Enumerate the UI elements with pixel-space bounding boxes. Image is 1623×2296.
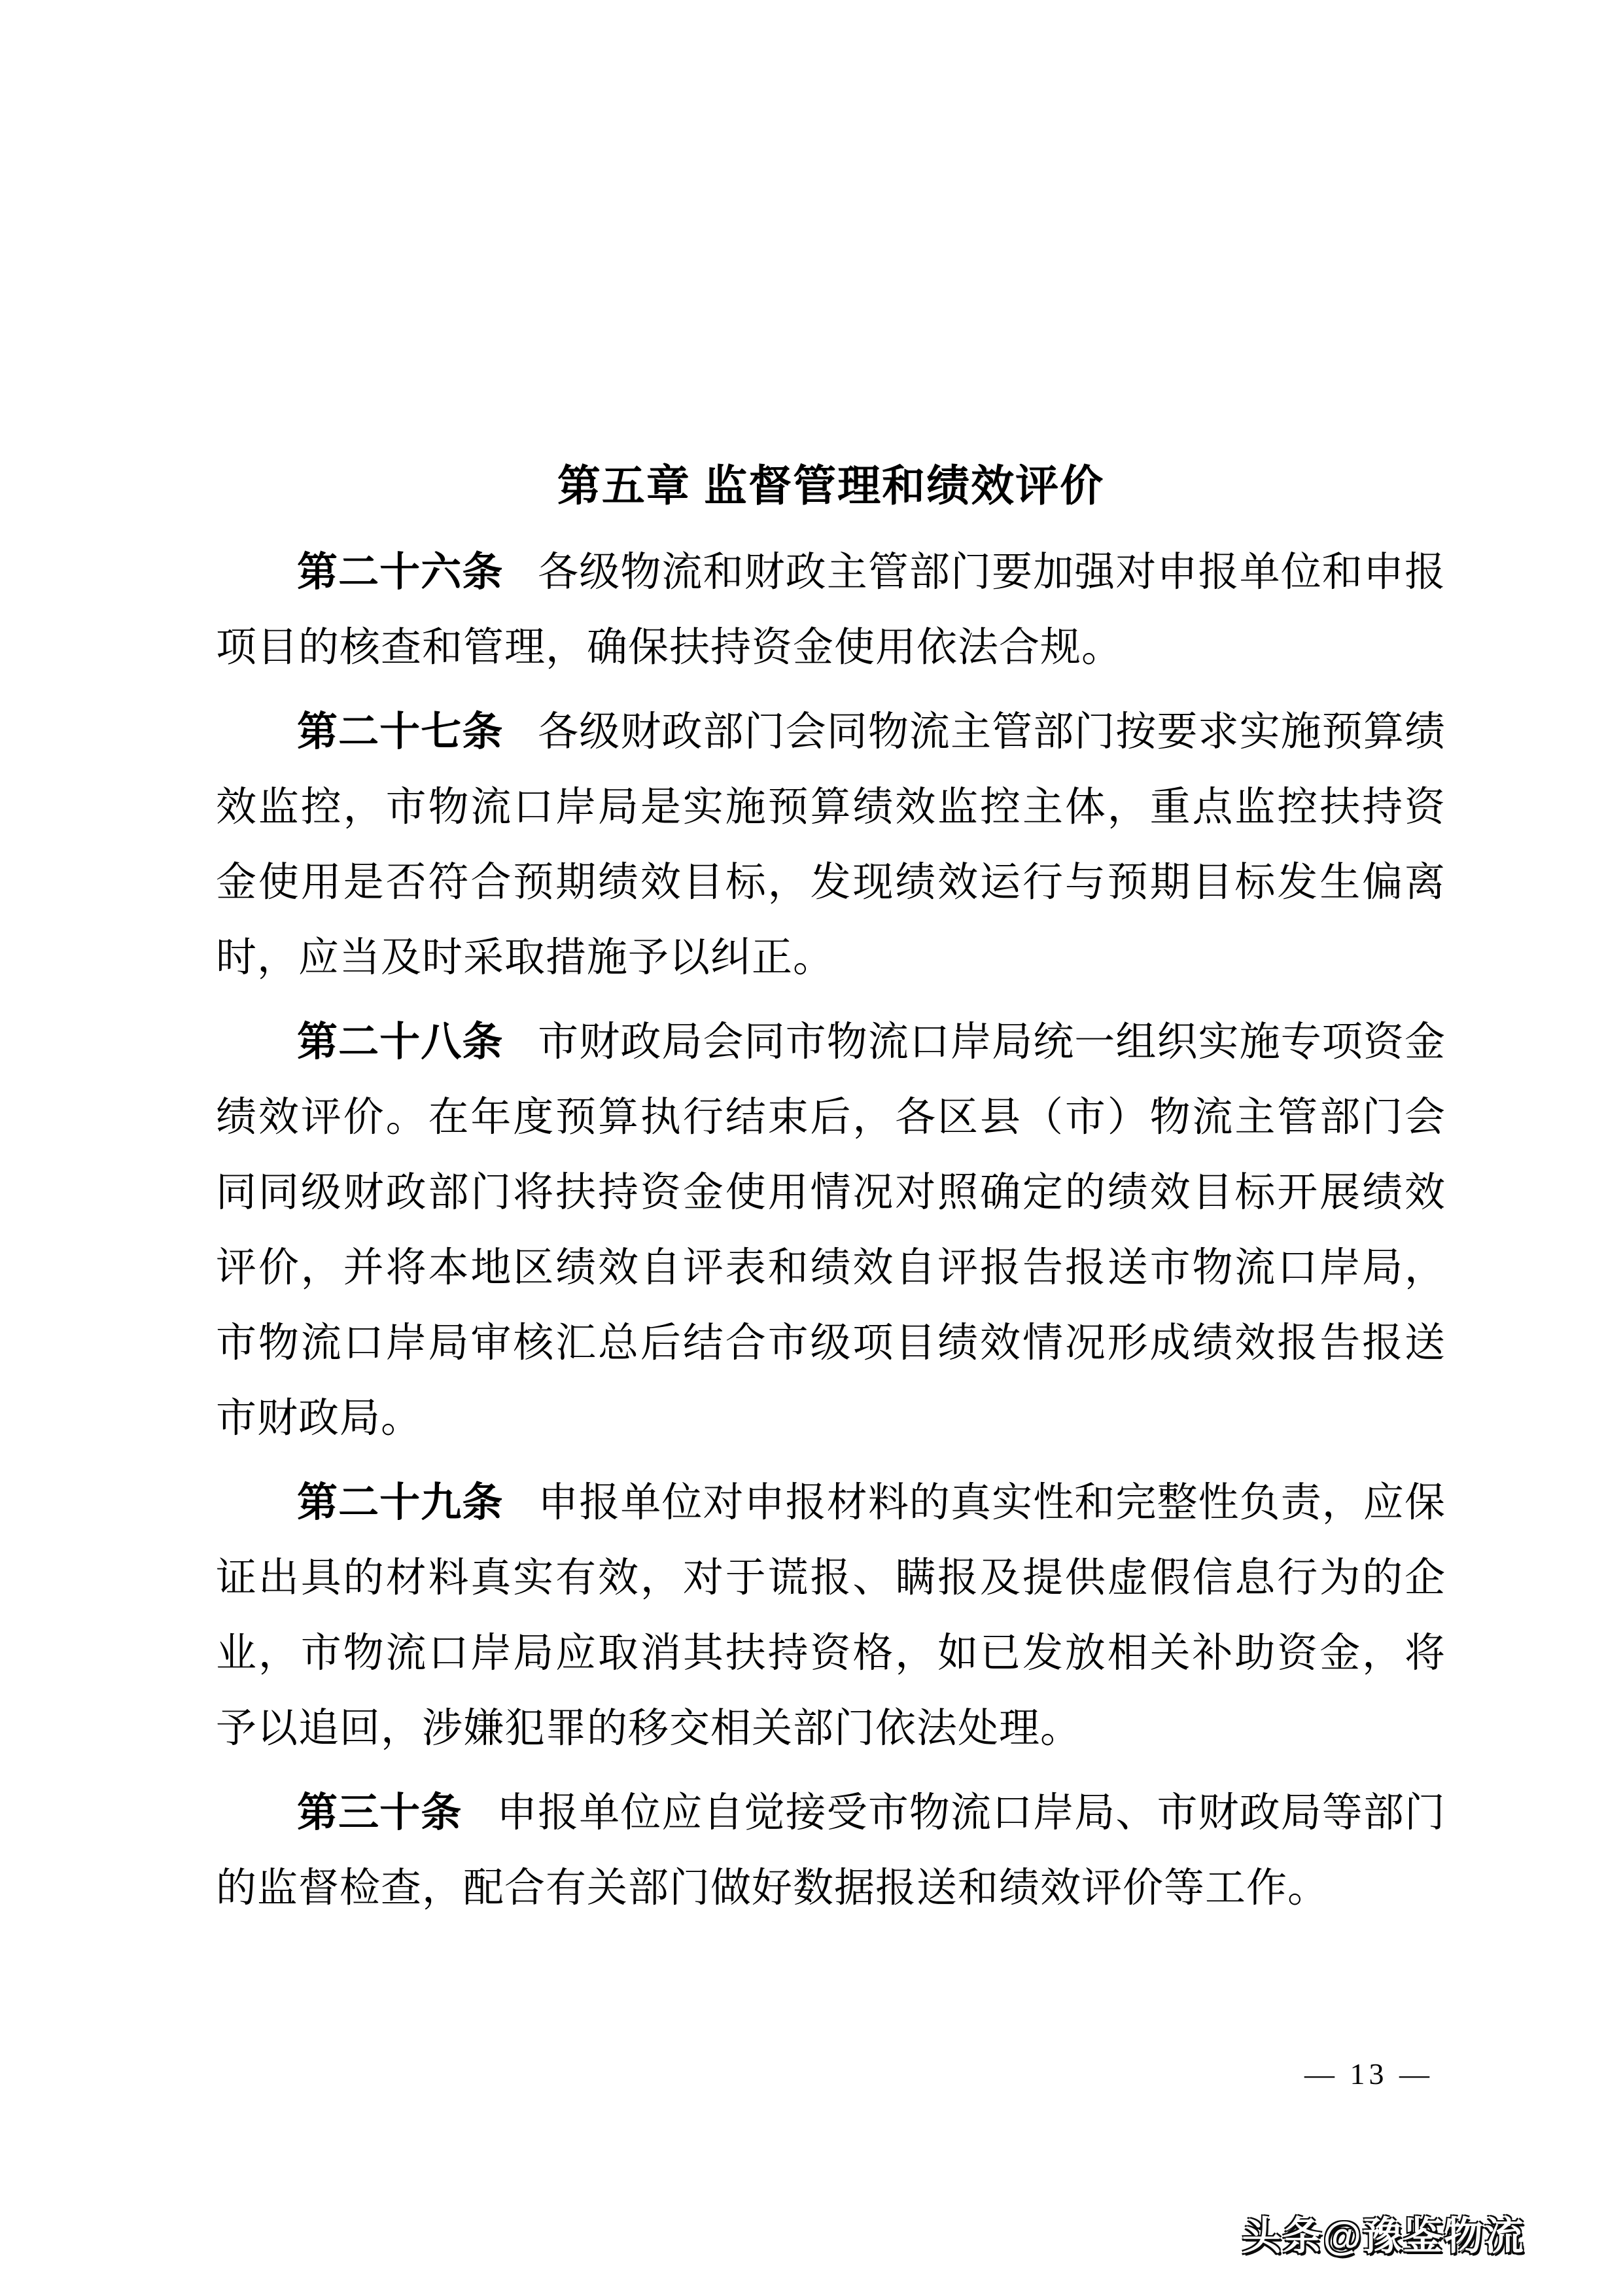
watermark: 头条@豫鉴物流	[1242, 2213, 1525, 2260]
article-number: 第二十九条	[297, 1481, 503, 1525]
article-number: 第三十条	[297, 1791, 462, 1835]
document-page: 第五章 监督管理和绩效评价 第二十六条各级物流和财政主管部门要加强对申报单位和申…	[0, 0, 1623, 2296]
article-number: 第二十八条	[297, 1020, 503, 1065]
article-paragraph-30: 第三十条申报单位应自觉接受市物流口岸局、市财政局等部门的监督检查，配合有关部门做…	[216, 1776, 1446, 1926]
article-paragraph-27: 第二十七条各级财政部门会同物流主管部门按要求实施预算绩效监控，市物流口岸局是实施…	[216, 695, 1446, 996]
document-body: 第五章 监督管理和绩效评价 第二十六条各级物流和财政主管部门要加强对申报单位和申…	[216, 459, 1446, 1935]
article-paragraph-29: 第二十九条申报单位对申报材料的真实性和完整性负责，应保证出具的材料真实有效，对于…	[216, 1466, 1446, 1767]
article-paragraph-28: 第二十八条市财政局会同市物流口岸局统一组织实施专项资金绩效评价。在年度预算执行结…	[216, 1005, 1446, 1457]
article-paragraph-26: 第二十六条各级物流和财政主管部门要加强对申报单位和申报项目的核查和管理，确保扶持…	[216, 535, 1446, 686]
article-number: 第二十七条	[297, 710, 503, 754]
article-number: 第二十六条	[297, 550, 503, 595]
article-text: 市财政局会同市物流口岸局统一组织实施专项资金绩效评价。在年度预算执行结束后，各区…	[216, 1020, 1446, 1441]
page-number: — 13 —	[1304, 2055, 1433, 2094]
chapter-title: 第五章 监督管理和绩效评价	[216, 459, 1446, 512]
